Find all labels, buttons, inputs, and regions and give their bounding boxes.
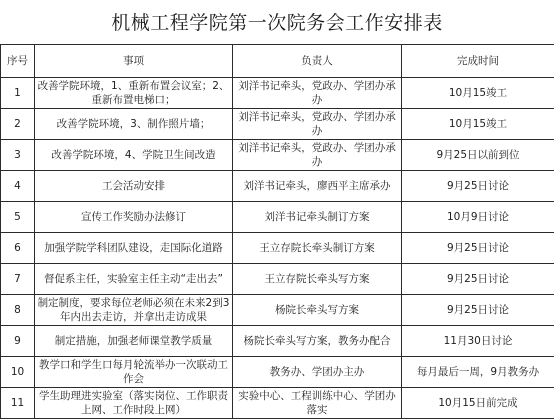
cell-num: 1 [1,78,35,109]
cell-deadline: 9月25日讨论 [402,233,554,264]
cell-deadline: 11月30日讨论 [402,326,554,357]
header-deadline: 完成时间 [402,45,554,78]
cell-deadline: 10月15日前完成 [402,388,554,419]
cell-item: 加强学院学科团队建设，走国际化道路 [35,233,233,264]
table-row: 10 教学口和学生口每月轮流举办一次联动工作会 教务办、学团办主办 每月最后一周… [1,357,554,388]
cell-owner: 杨院长牵头写方案 [233,295,402,326]
cell-owner: 杨院长牵头写方案，教务办配合 [233,326,402,357]
cell-num: 10 [1,357,35,388]
table-row: 9 制定措施，加强老师课堂教学质量 杨院长牵头写方案，教务办配合 11月30日讨… [1,326,554,357]
table-row: 3 改善学院环境，4、学院卫生间改造 刘洋书记牵头，党政办、学团办承办 9月25… [1,140,554,171]
cell-owner: 实验中心、工程训练中心、学团办落实 [233,388,402,419]
table-row: 1 改善学院环境，1、重新布置会议室；2、重新布置电梯口； 刘洋书记牵头，党政办… [1,78,554,109]
cell-num: 9 [1,326,35,357]
schedule-table: 序号 事项 负责人 完成时间 1 改善学院环境，1、重新布置会议室；2、重新布置… [0,44,554,419]
table-row: 8 制定制度，要求每位老师必须在未来2到3年内出去走访，并拿出走访成果 杨院长牵… [1,295,554,326]
cell-num: 2 [1,109,35,140]
cell-deadline: 每月最后一周，9月教务办 [402,357,554,388]
cell-owner: 刘洋书记牵头制订方案 [233,202,402,233]
cell-item: 宣传工作奖励办法修订 [35,202,233,233]
cell-item: 督促系主任，实验室主任主动“走出去” [35,264,233,295]
table-row: 5 宣传工作奖励办法修订 刘洋书记牵头制订方案 10月9日讨论 [1,202,554,233]
table-row: 4 工会活动安排 刘洋书记牵头，廖西平主席承办 9月25日讨论 [1,171,554,202]
cell-owner: 刘洋书记牵头，廖西平主席承办 [233,171,402,202]
header-num: 序号 [1,45,35,78]
cell-deadline: 10月15竣工 [402,78,554,109]
cell-owner: 刘洋书记牵头，党政办、学团办承办 [233,109,402,140]
cell-item: 改善学院环境，1、重新布置会议室；2、重新布置电梯口； [35,78,233,109]
cell-deadline: 9月25日讨论 [402,295,554,326]
cell-num: 7 [1,264,35,295]
cell-item: 改善学院环境，4、学院卫生间改造 [35,140,233,171]
cell-num: 4 [1,171,35,202]
cell-item: 工会活动安排 [35,171,233,202]
table-row: 7 督促系主任，实验室主任主动“走出去” 王立存院长牵头写方案 9月25日讨论 [1,264,554,295]
header-row: 序号 事项 负责人 完成时间 [1,45,554,78]
header-owner: 负责人 [233,45,402,78]
cell-owner: 王立存院长牵头制订方案 [233,233,402,264]
cell-num: 6 [1,233,35,264]
cell-item: 学生助理进实验室（落实岗位、工作职责上网、工作时段上网） [35,388,233,419]
cell-num: 5 [1,202,35,233]
cell-deadline: 9月25日讨论 [402,171,554,202]
cell-deadline: 10月9日讨论 [402,202,554,233]
cell-owner: 刘洋书记牵头，党政办、学团办承办 [233,140,402,171]
page-title: 机械工程学院第一次院务会工作安排表 [0,0,554,44]
cell-num: 8 [1,295,35,326]
cell-item: 改善学院环境，3、制作照片墙； [35,109,233,140]
cell-owner: 教务办、学团办主办 [233,357,402,388]
header-item: 事项 [35,45,233,78]
cell-item: 制定措施，加强老师课堂教学质量 [35,326,233,357]
cell-deadline: 9月25日讨论 [402,264,554,295]
cell-item: 教学口和学生口每月轮流举办一次联动工作会 [35,357,233,388]
cell-owner: 王立存院长牵头写方案 [233,264,402,295]
table-row: 6 加强学院学科团队建设，走国际化道路 王立存院长牵头制订方案 9月25日讨论 [1,233,554,264]
table-row: 2 改善学院环境，3、制作照片墙； 刘洋书记牵头，党政办、学团办承办 10月15… [1,109,554,140]
cell-owner: 刘洋书记牵头，党政办、学团办承办 [233,78,402,109]
cell-deadline: 10月15竣工 [402,109,554,140]
cell-num: 3 [1,140,35,171]
cell-num: 11 [1,388,35,419]
cell-item: 制定制度，要求每位老师必须在未来2到3年内出去走访，并拿出走访成果 [35,295,233,326]
cell-deadline: 9月25日以前到位 [402,140,554,171]
table-row: 11 学生助理进实验室（落实岗位、工作职责上网、工作时段上网） 实验中心、工程训… [1,388,554,419]
